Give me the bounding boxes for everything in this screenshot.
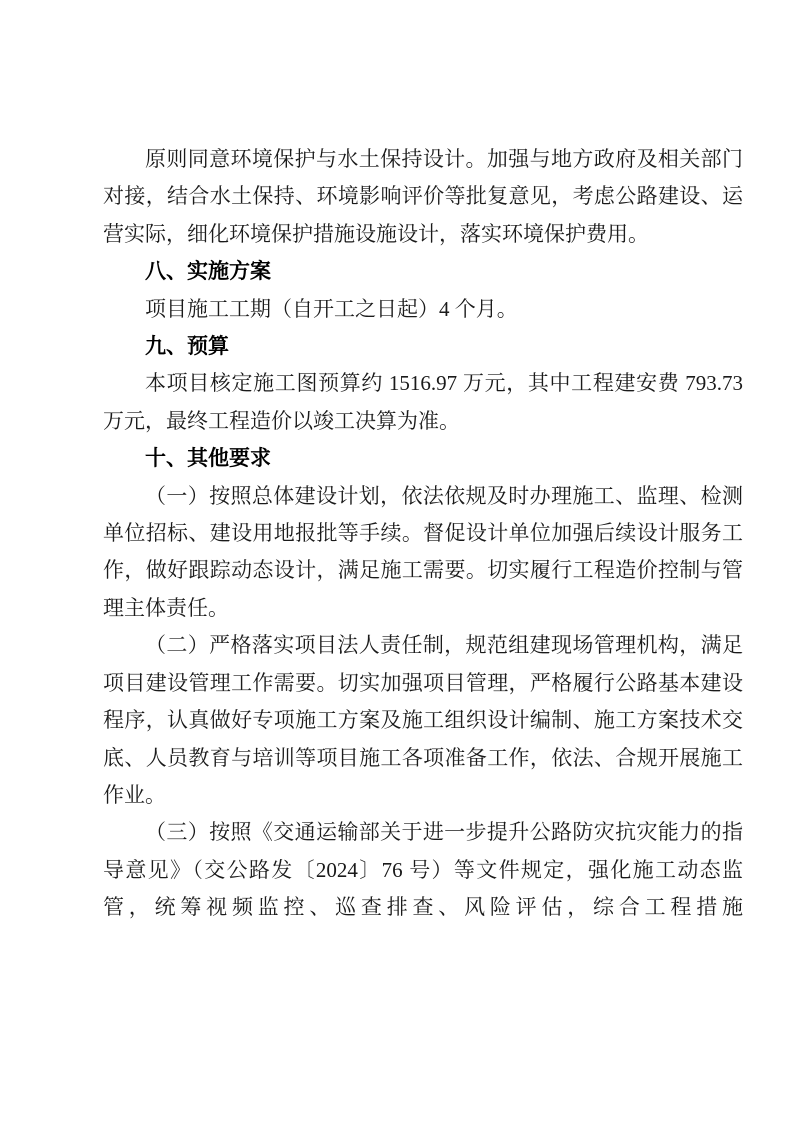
document-page: 原则同意环境保护与水土保持设计。加强与地方政府及相关部门对接，结合水土保持、环境… bbox=[0, 0, 793, 1122]
paragraph-other-requirement-3: （三）按照《交通运输部关于进一步提升公路防灾抗灾能力的指导意见》（交公路发〔20… bbox=[103, 814, 743, 926]
paragraph-construction-period: 项目施工工期（自开工之日起）4 个月。 bbox=[103, 291, 743, 328]
paragraph-other-requirement-2: （二）严格落实项目法人责任制，规范组建现场管理机构，满足项目建设管理工作需要。切… bbox=[103, 627, 743, 814]
heading-section-10-other-requirements: 十、其他要求 bbox=[103, 440, 743, 477]
paragraph-budget-amount: 本项目核定施工图预算约 1516.97 万元，其中工程建安费 793.73 万元… bbox=[103, 365, 743, 440]
heading-section-8-implementation-plan: 八、实施方案 bbox=[103, 253, 743, 290]
document-body: 原则同意环境保护与水土保持设计。加强与地方政府及相关部门对接，结合水土保持、环境… bbox=[103, 141, 743, 927]
heading-section-9-budget: 九、预算 bbox=[103, 328, 743, 365]
paragraph-environmental-protection: 原则同意环境保护与水土保持设计。加强与地方政府及相关部门对接，结合水土保持、环境… bbox=[103, 141, 743, 253]
paragraph-other-requirement-1: （一）按照总体建设计划，依法依规及时办理施工、监理、检测单位招标、建设用地报批等… bbox=[103, 478, 743, 628]
